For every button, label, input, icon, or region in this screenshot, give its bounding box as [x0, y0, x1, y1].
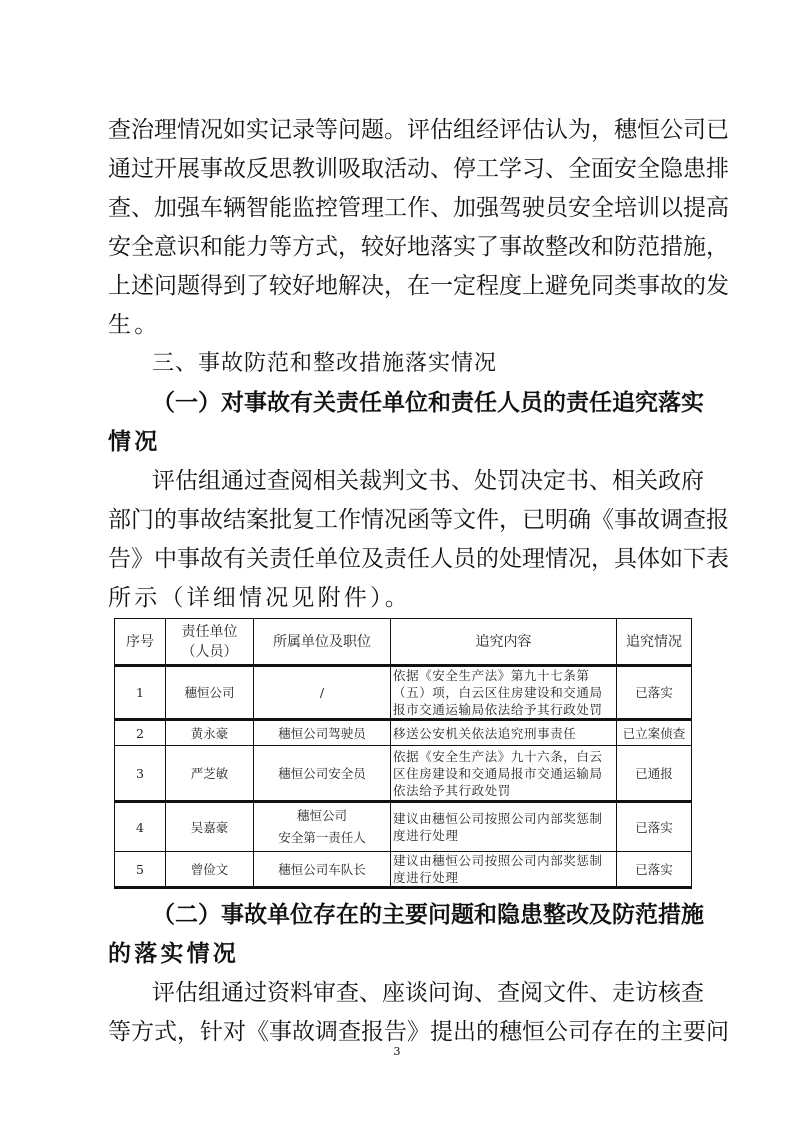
text-line: 告》中事故有关责任单位及责任人员的处理情况，具体如下表 — [108, 544, 700, 574]
cell-content: 依据《安全生产法》第九十七条第（五）项，白云区住房建设和交通局报市交通运输局依法… — [391, 666, 617, 720]
cell-party: 吴嘉豪 — [166, 802, 254, 852]
header-no: 序号 — [115, 619, 166, 666]
cell-party: 穗恒公司 — [166, 666, 254, 720]
section-heading: 三、事故防范和整改措施落实情况 — [152, 349, 700, 379]
text-line: 查、加强车辆智能监控管理工作、加强驾驶员安全培训以提高 — [108, 193, 700, 223]
text-line: 所示（详细情况见附件）。 — [108, 583, 700, 613]
cell-position: / — [254, 666, 391, 720]
table-row: 3 严芝敏 穗恒公司安全员 依据《安全生产法》九十六条，白云区住房建设和交通局报… — [115, 746, 692, 802]
cell-no: 5 — [115, 852, 166, 888]
text-line: 生。 — [108, 310, 700, 340]
table-row: 4 吴嘉豪 穗恒公司 安全第一责任人 建议由穗恒公司按照公司内部奖惩制度进行处理… — [115, 802, 692, 852]
cell-no: 4 — [115, 802, 166, 852]
table-row: 2 黄永豪 穗恒公司驾驶员 移送公安机关依法追究刑事责任 已立案侦查 — [115, 720, 692, 746]
page-number: 3 — [0, 1045, 794, 1058]
subsection-heading-1: （一）对事故有关责任单位和责任人员的责任追究落实 — [152, 388, 700, 418]
cell-position: 穗恒公司车队长 — [254, 852, 391, 888]
header-party: 责任单位 （人员） — [166, 619, 254, 666]
cell-content: 依据《安全生产法》九十六条，白云区住房建设和交通局报市交通运输局依法给予其行政处… — [391, 746, 617, 802]
header-status: 追究情况 — [617, 619, 692, 666]
subsection-heading-1-cont: 情况 — [108, 427, 700, 457]
subsection-heading-2-cont: 的落实情况 — [108, 939, 700, 969]
cell-content: 移送公安机关依法追究刑事责任 — [391, 720, 617, 746]
text-line: 通过开展事故反思教训吸取活动、停工学习、全面安全隐患排 — [108, 154, 700, 184]
cell-position-line1: 穗恒公司 — [256, 805, 388, 827]
cell-no: 3 — [115, 746, 166, 802]
cell-status: 已立案侦查 — [617, 720, 692, 746]
table-row: 5 曾俭文 穗恒公司车队长 建议由穗恒公司按照公司内部奖惩制度进行处理 已落实 — [115, 852, 692, 888]
header-party-line2: （人员） — [168, 642, 251, 662]
table-row: 1 穗恒公司 / 依据《安全生产法》第九十七条第（五）项，白云区住房建设和交通局… — [115, 666, 692, 720]
cell-status: 已落实 — [617, 666, 692, 720]
cell-status: 已落实 — [617, 852, 692, 888]
text-line: 等方式，针对《事故调查报告》提出的穗恒公司存在的主要问 — [108, 1017, 700, 1047]
text-line: 评估组通过查阅相关裁判文书、处罚决定书、相关政府 — [152, 466, 700, 496]
cell-party: 曾俭文 — [166, 852, 254, 888]
text-line: 上述问题得到了较好地解决，在一定程度上避免同类事故的发 — [108, 271, 700, 301]
header-content: 追究内容 — [391, 619, 617, 666]
header-position: 所属单位及职位 — [254, 619, 391, 666]
cell-party: 黄永豪 — [166, 720, 254, 746]
cell-status: 已落实 — [617, 802, 692, 852]
text-line: 安全意识和能力等方式，较好地落实了事故整改和防范措施， — [108, 232, 700, 262]
text-line: 部门的事故结案批复工作情况函等文件，已明确《事故调查报 — [108, 505, 700, 535]
cell-position: 穗恒公司驾驶员 — [254, 720, 391, 746]
text-line: 查治理情况如实记录等问题。评估组经评估认为，穗恒公司已 — [108, 115, 700, 145]
cell-position-line2: 安全第一责任人 — [256, 827, 388, 849]
table-header-row: 序号 责任单位 （人员） 所属单位及职位 追究内容 追究情况 — [115, 619, 692, 666]
cell-no: 1 — [115, 666, 166, 720]
cell-content: 建议由穗恒公司按照公司内部奖惩制度进行处理 — [391, 802, 617, 852]
cell-party: 严芝敏 — [166, 746, 254, 802]
text-line: 评估组通过资料审查、座谈问询、查阅文件、走访核查 — [152, 978, 700, 1008]
header-party-line1: 责任单位 — [168, 622, 251, 642]
cell-content: 建议由穗恒公司按照公司内部奖惩制度进行处理 — [391, 852, 617, 888]
cell-no: 2 — [115, 720, 166, 746]
accountability-table: 序号 责任单位 （人员） 所属单位及职位 追究内容 追究情况 1 穗恒公司 / … — [114, 618, 692, 889]
subsection-heading-2: （二）事故单位存在的主要问题和隐患整改及防范措施 — [152, 900, 700, 930]
cell-position: 穗恒公司安全员 — [254, 746, 391, 802]
cell-status: 已通报 — [617, 746, 692, 802]
cell-position: 穗恒公司 安全第一责任人 — [254, 802, 391, 852]
